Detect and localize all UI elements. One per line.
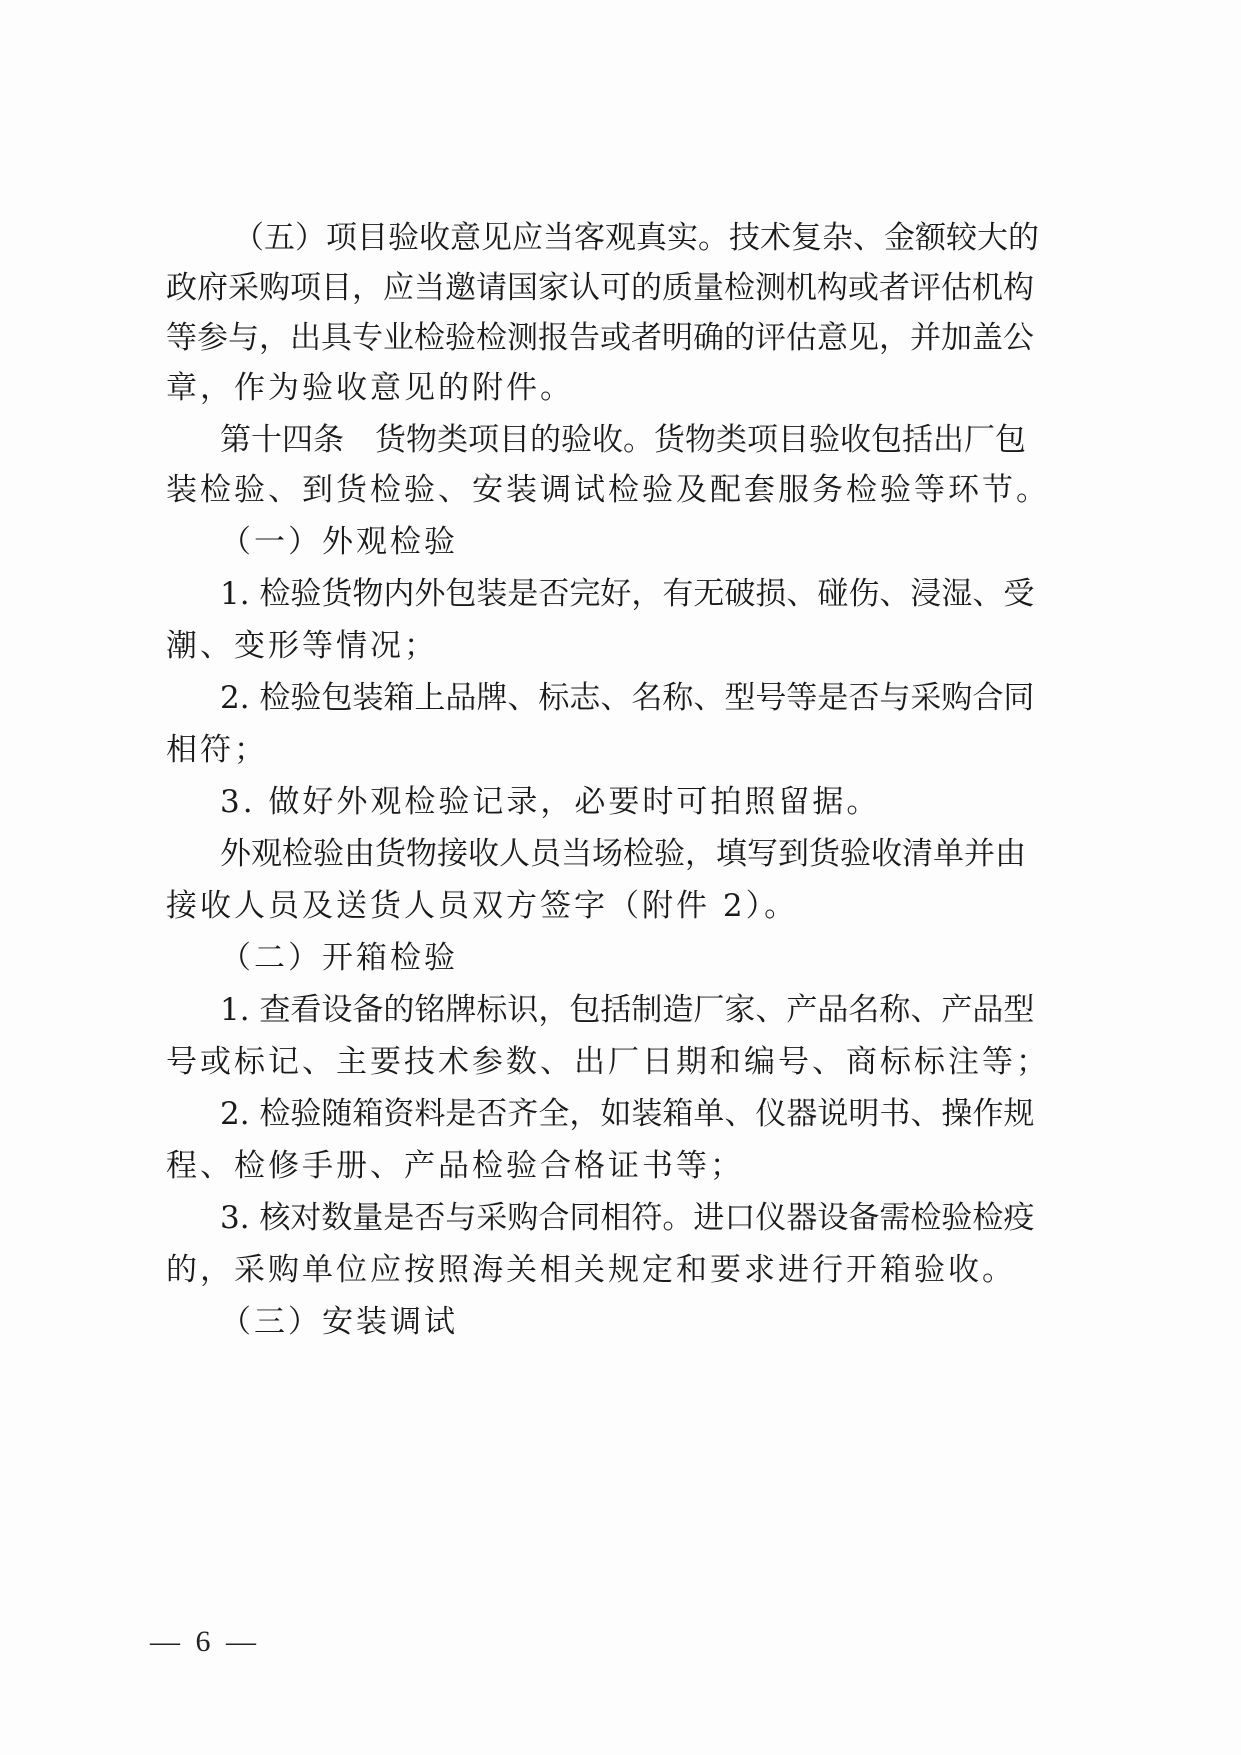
list-item-line: 3. 核对数量是否与采购合同相符。进口仪器设备需检验检疫: [220, 1198, 974, 1238]
document-page: （五）项目验收意见应当客观真实。技术复杂、金额较大的 政府采购项目，应当邀请国家…: [0, 0, 1241, 1755]
section-heading-appearance-inspection: （一）外观检验: [220, 522, 458, 562]
page-number: — 6 —: [150, 1625, 260, 1659]
paragraph-line: 接收人员及送货人员双方签字（附件 2）。: [166, 886, 798, 926]
article-14-heading-line: 第十四条 货物类项目的验收。货物类项目验收包括出厂包: [220, 420, 974, 460]
list-item-line: 1. 查看设备的铭牌标识，包括制造厂家、产品名称、产品型: [220, 990, 974, 1030]
list-item-line: 2. 检验包装箱上品牌、标志、名称、型号等是否与采购合同: [220, 678, 974, 718]
paragraph-line: 政府采购项目，应当邀请国家认可的质量检测机构或者评估机构: [166, 268, 974, 308]
section-heading-unboxing-inspection: （二）开箱检验: [220, 938, 458, 978]
list-item-line: 1. 检验货物内外包装是否完好，有无破损、碰伤、浸湿、受: [220, 574, 974, 614]
list-item-line: 3. 做好外观检验记录，必要时可拍照留据。: [220, 782, 880, 822]
list-item-line: 相符；: [166, 730, 268, 770]
paragraph-line: 装检验、到货检验、安装调试检验及配套服务检验等环节。: [166, 470, 1050, 510]
paragraph-line: 外观检验由货物接收人员当场检验，填写到货验收清单并由: [220, 834, 974, 874]
paragraph-line-item5-opinion: （五）项目验收意见应当客观真实。技术复杂、金额较大的: [233, 218, 973, 258]
section-heading-installation-debugging: （三）安装调试: [220, 1302, 458, 1342]
list-item-line: 2. 检验随箱资料是否齐全，如装箱单、仪器说明书、操作规: [220, 1094, 974, 1134]
list-item-line: 潮、变形等情况；: [166, 626, 438, 666]
list-item-line: 的，采购单位应按照海关相关规定和要求进行开箱验收。: [166, 1250, 1016, 1290]
paragraph-line: 等参与，出具专业检验检测报告或者明确的评估意见，并加盖公: [166, 318, 974, 358]
list-item-line: 号或标记、主要技术参数、出厂日期和编号、商标标注等；: [166, 1042, 1050, 1082]
paragraph-line: 章，作为验收意见的附件。: [166, 368, 574, 408]
list-item-line: 程、检修手册、产品检验合格证书等；: [166, 1146, 744, 1186]
